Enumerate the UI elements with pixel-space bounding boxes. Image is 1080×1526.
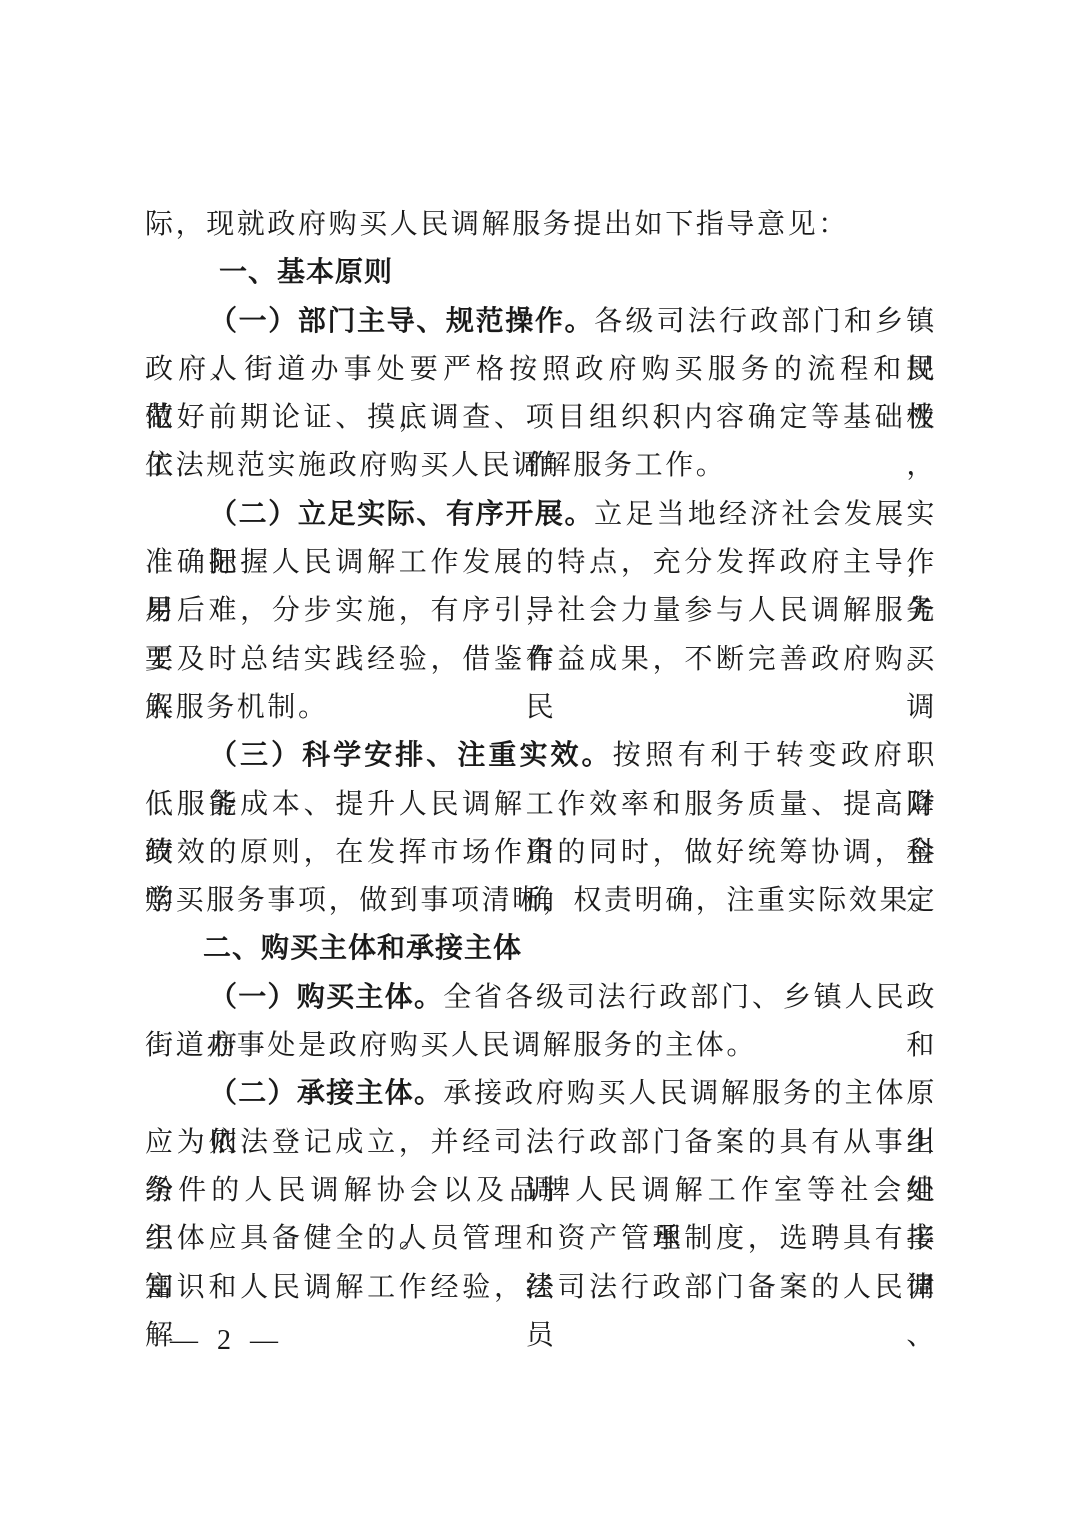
section-heading-purchasing-entities: 二、购买主体和承接主体: [145, 924, 937, 972]
paragraph-line: 购买服务事项，做到事项清晰，权责明确，注重实际效果。: [145, 876, 937, 924]
paragraph-lead: （三）科学安排、注重实效。: [209, 738, 613, 771]
paragraph-lead: （一）购买主体。: [209, 980, 443, 1013]
paragraph-line: 做好前期论证、摸底调查、项目组织、内容确定等基础性工作，: [145, 393, 937, 441]
section-heading-basic-principles: 一、基本原则: [145, 248, 937, 296]
paragraph-first-line: （一）部门主导、规范操作。各级司法行政部门和乡镇人民: [145, 297, 937, 345]
paragraph-line: 低服务成本、提升人民调解工作效率和服务质量、提高财政资金: [145, 780, 937, 828]
paragraph-lead: （一）部门主导、规范操作。: [209, 304, 594, 337]
paragraph-first-line: （三）科学安排、注重实效。按照有利于转变政府职能、降: [145, 731, 937, 779]
paragraph-lead: （二）承接主体。: [209, 1076, 443, 1109]
intro-line: 际，现就政府购买人民调解服务提出如下指导意见：: [145, 200, 937, 248]
paragraph-first-line: （一）购买主体。全省各级司法行政部门、乡镇人民政府和: [145, 973, 937, 1021]
paragraph-first-line: （二）立足实际、有序开展。立足当地经济社会发展实际，: [145, 490, 937, 538]
document-body: 际，现就政府购买人民调解服务提出如下指导意见： 一、基本原则 （一）部门主导、规…: [145, 200, 937, 1311]
paragraph-line: 要及时总结实践经验，借鉴有益成果，不断完善政府购买人民调: [145, 635, 937, 683]
paragraph-line: 知识和人民调解工作经验，经司法行政部门备案的人民调解员、: [145, 1263, 937, 1311]
paragraph-lead: （二）立足实际、有序开展。: [209, 497, 594, 530]
paragraph-line: 条件的人民调解协会以及品牌人民调解工作室等社会组织。承接: [145, 1166, 937, 1214]
paragraph-line: 主体应具备健全的人员管理和资产管理制度，选聘具有丰富法律: [145, 1214, 937, 1262]
paragraph-line: 易后难，分步实施，有序引导社会力量参与人民调解服务工作。: [145, 586, 937, 634]
page-number: — 2 —: [170, 1325, 284, 1357]
paragraph-line: 应为依法登记成立，并经司法行政部门备案的具有从事纠纷调处: [145, 1118, 937, 1166]
document-page: 际，现就政府购买人民调解服务提出如下指导意见： 一、基本原则 （一）部门主导、规…: [0, 0, 1080, 1526]
paragraph-first-line: （二）承接主体。承接政府购买人民调解服务的主体原则上: [145, 1069, 937, 1117]
paragraph-line: 绩效的原则，在发挥市场作用的同时，做好统筹协调，科学确定: [145, 828, 937, 876]
paragraph-line: 准确把握人民调解工作发展的特点，充分发挥政府主导作用，先: [145, 538, 937, 586]
paragraph-line: 政府、街道办事处要严格按照政府购买服务的流程和规范，积极: [145, 345, 937, 393]
